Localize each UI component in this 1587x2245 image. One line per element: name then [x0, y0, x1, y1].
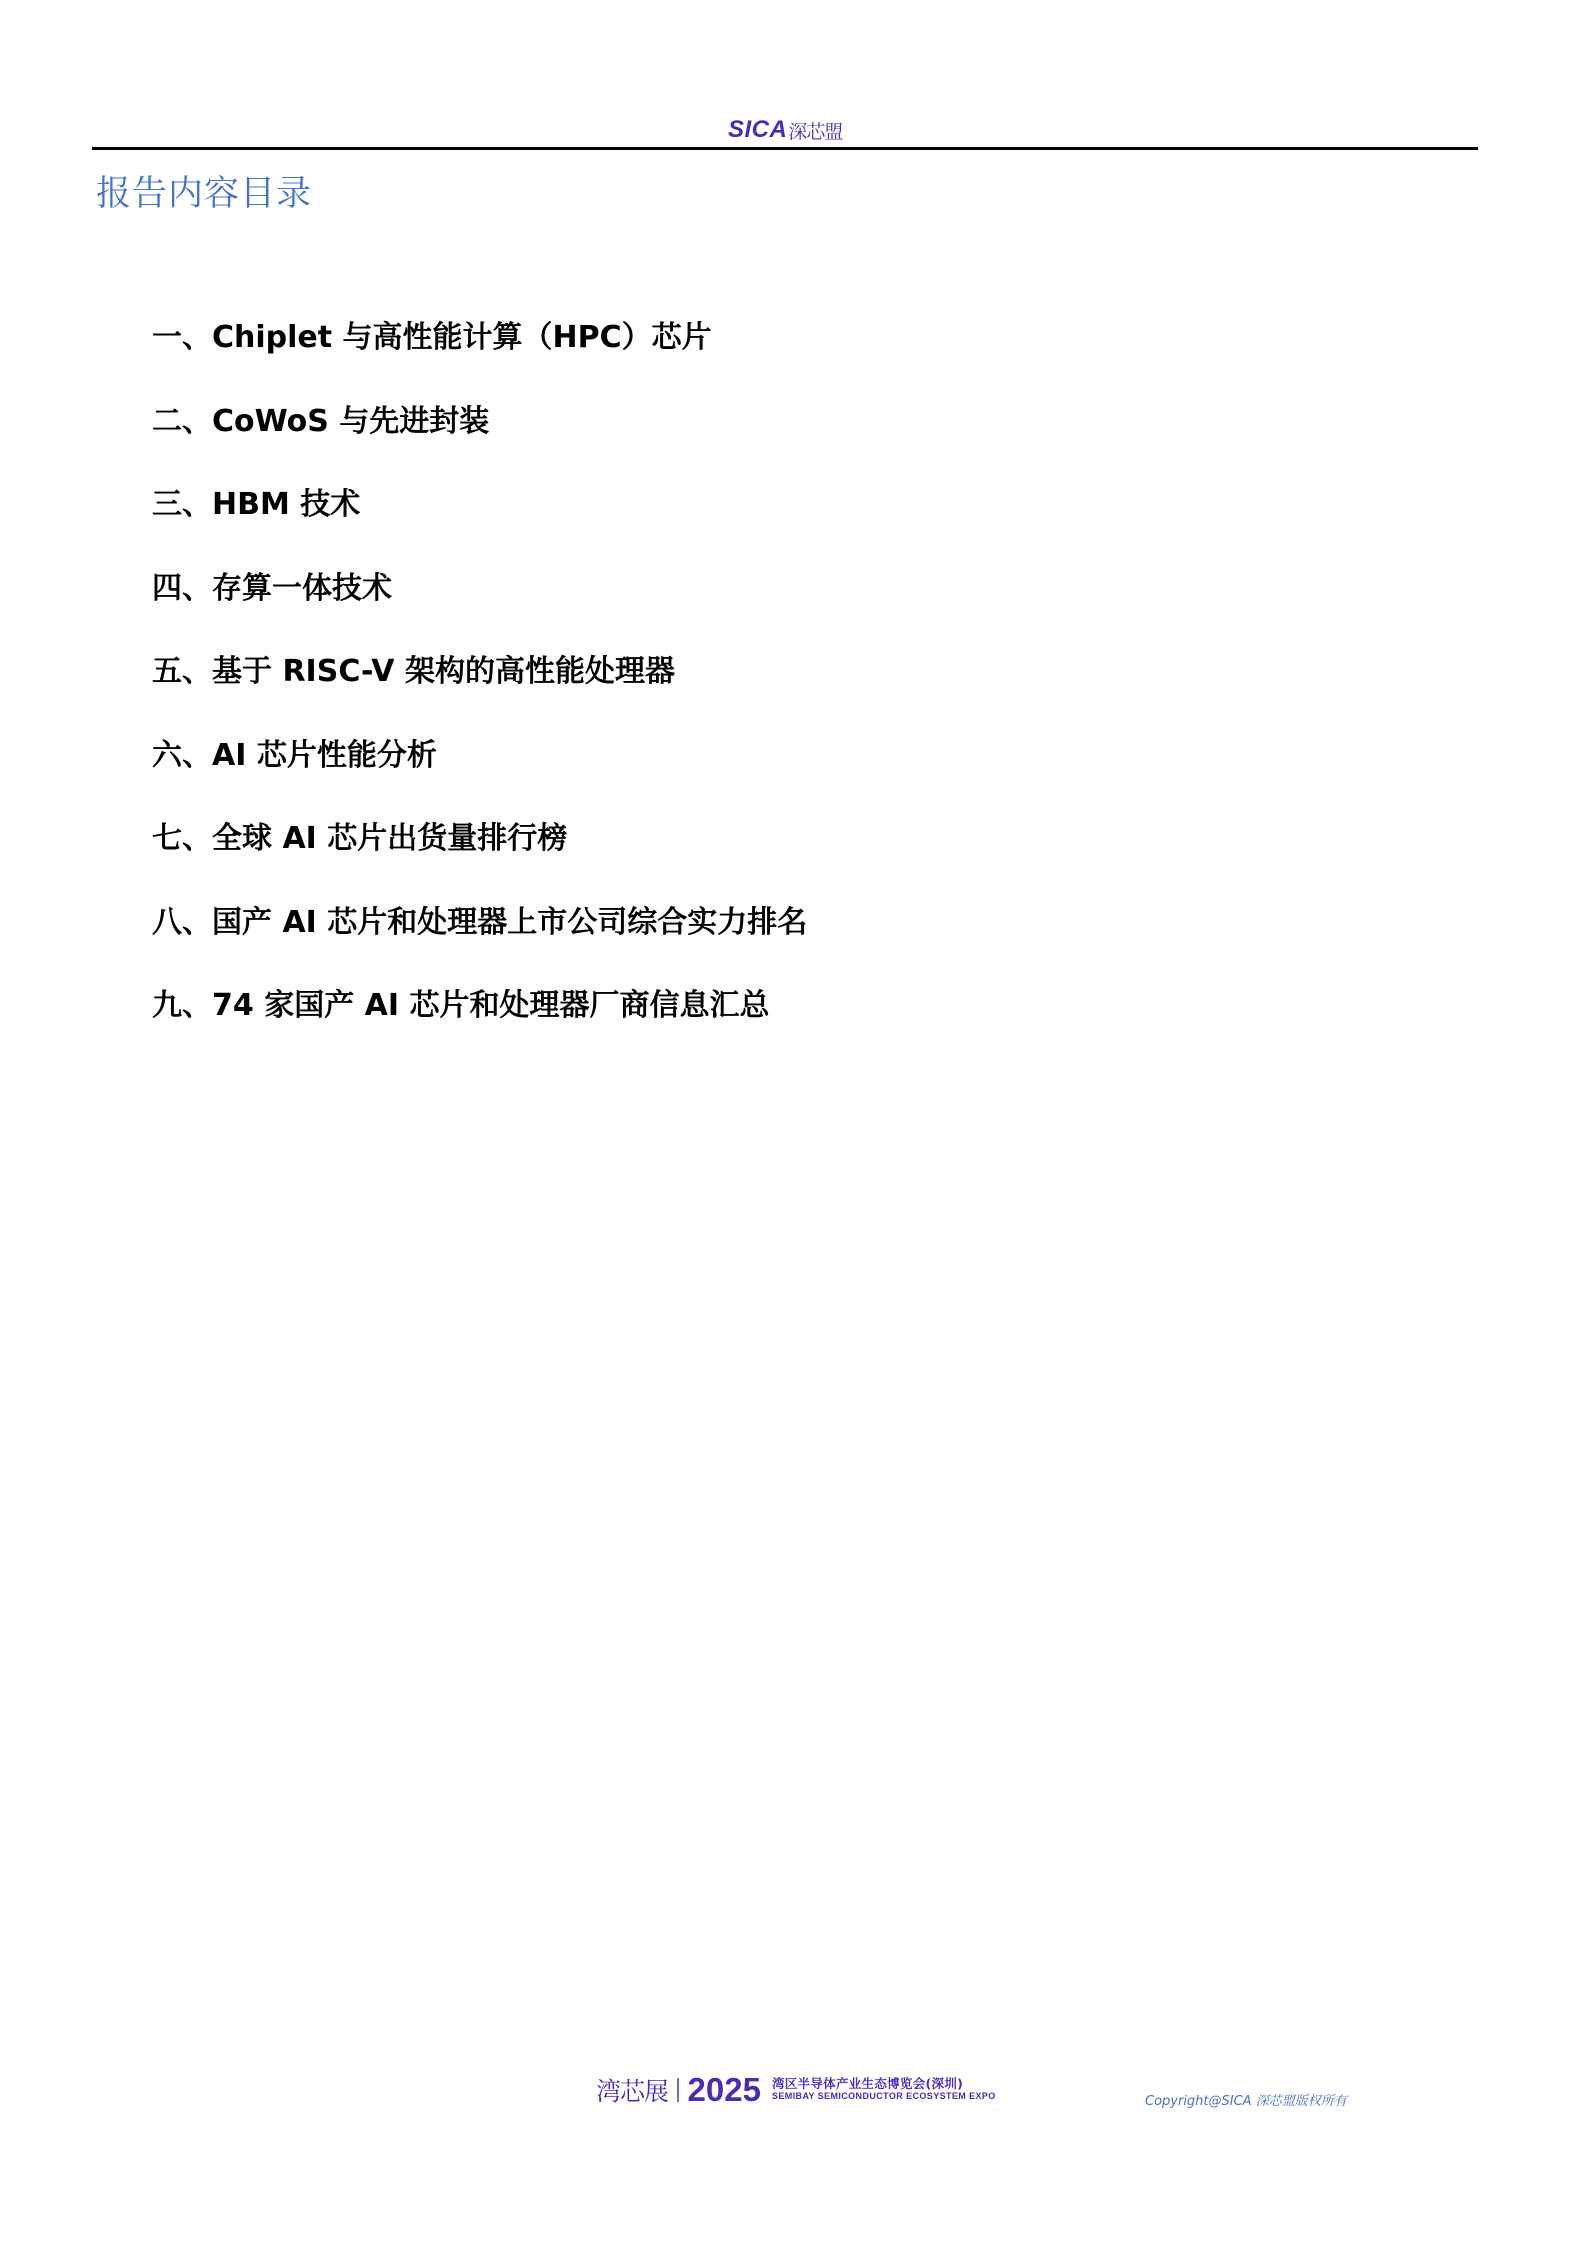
toc-item-number: 九、 — [152, 988, 212, 1023]
expo-year: 2025 — [688, 2071, 761, 2109]
toc-item-number: 六、 — [152, 738, 212, 773]
toc-item-number: 一、 — [152, 320, 212, 355]
toc-item-label: 存算一体技术 — [212, 571, 392, 606]
logo-cjk: 深芯盟 — [788, 117, 842, 144]
toc-item-number: 二、 — [152, 404, 212, 439]
expo-en-title: SEMIBAY SEMICONDUCTOR ECOSYSTEM EXPO — [772, 2090, 996, 2103]
toc-item-number: 三、 — [152, 487, 212, 522]
logo-latin: SICA — [728, 116, 787, 144]
toc-item-label: 全球 AI 芯片出货量排行榜 — [212, 821, 567, 856]
toc-item-label: AI 芯片性能分析 — [212, 738, 437, 773]
expo-cn-title: 湾区半导体产业生态博览会(深圳) — [772, 2077, 996, 2090]
expo-separator — [677, 2078, 679, 2102]
toc-item: 六、AI 芯片性能分析 — [152, 736, 807, 820]
toc-item-label: 国产 AI 芯片和处理器上市公司综合实力排名 — [212, 905, 807, 940]
toc-item: 一、Chiplet 与高性能计算（HPC）芯片 — [152, 318, 807, 402]
toc-item: 七、全球 AI 芯片出货量排行榜 — [152, 819, 807, 903]
toc-item-label: HBM 技术 — [212, 487, 360, 522]
toc-item-number: 七、 — [152, 821, 212, 856]
toc-item-label: CoWoS 与先进封装 — [212, 404, 489, 439]
header-divider — [92, 147, 1478, 150]
toc-item: 三、HBM 技术 — [152, 485, 807, 569]
expo-text: 湾区半导体产业生态博览会(深圳) SEMIBAY SEMICONDUCTOR E… — [772, 2077, 996, 2103]
toc-item: 五、基于 RISC-V 架构的高性能处理器 — [152, 652, 807, 736]
toc-item-number: 八、 — [152, 905, 212, 940]
toc-item: 九、74 家国产 AI 芯片和处理器厂商信息汇总 — [152, 986, 807, 1070]
toc-item: 八、国产 AI 芯片和处理器上市公司综合实力排名 — [152, 903, 807, 987]
toc-item-number: 四、 — [152, 571, 212, 606]
toc-item: 四、存算一体技术 — [152, 569, 807, 653]
sica-logo: SICA 深芯盟 — [728, 118, 842, 142]
copyright-notice: Copyright@SICA 深芯盟版权所有 — [1145, 2090, 1347, 2109]
toc-item-label: Chiplet 与高性能计算（HPC）芯片 — [212, 320, 712, 355]
toc-item-label: 74 家国产 AI 芯片和处理器厂商信息汇总 — [212, 988, 769, 1023]
toc-item: 二、CoWoS 与先进封装 — [152, 402, 807, 486]
expo-name: 湾芯展 — [596, 2072, 668, 2108]
expo-logo: 湾芯展 2025 湾区半导体产业生态博览会(深圳) SEMIBAY SEMICO… — [596, 2074, 996, 2106]
toc-item-label: 基于 RISC-V 架构的高性能处理器 — [212, 654, 675, 689]
toc-list: 一、Chiplet 与高性能计算（HPC）芯片 二、CoWoS 与先进封装 三、… — [152, 318, 807, 1070]
toc-item-number: 五、 — [152, 654, 212, 689]
toc-title: 报告内容目录 — [96, 172, 312, 216]
